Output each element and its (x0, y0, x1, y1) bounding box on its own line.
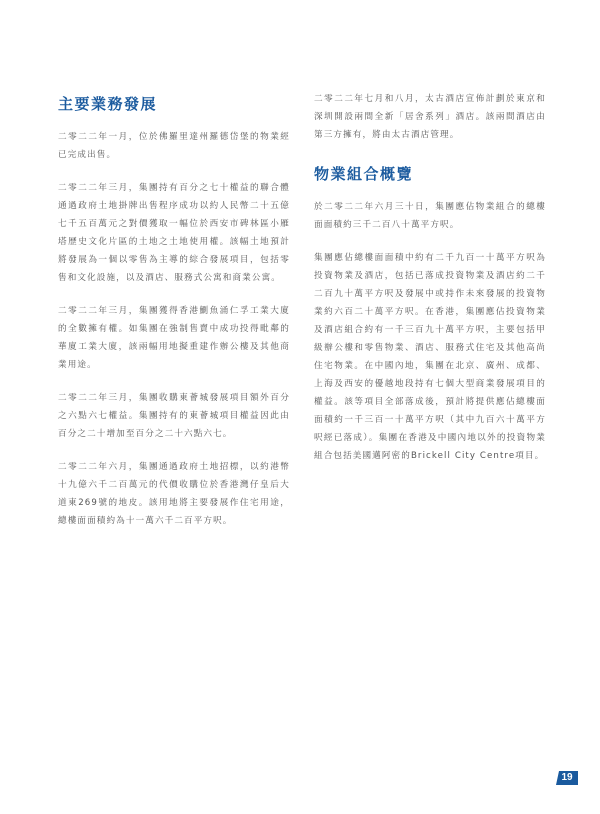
section-heading-portfolio-overview: 物業組合概覽 (314, 164, 546, 184)
paragraph: 集團應佔總樓面面積中約有二千九百一十萬平方呎為投資物業及酒店，包括已落成投資物業… (314, 249, 546, 465)
right-column: 二零二二年七月和八月，太古酒店宣佈計劃於東京和深圳開設兩間全新「居舍系列」酒店。… (314, 90, 546, 480)
page-number: 19 (556, 771, 578, 785)
paragraph: 二零二二年一月，位於佛羅里達州羅德岱堡的物業經已完成出售。 (58, 128, 290, 164)
paragraph: 二零二二年七月和八月，太古酒店宣佈計劃於東京和深圳開設兩間全新「居舍系列」酒店。… (314, 90, 546, 144)
paragraph: 於二零二二年六月三十日，集團應佔物業組合的總樓面面積約三千二百八十萬平方呎。 (314, 198, 546, 234)
paragraph: 二零二二年三月，集團收購東薈城發展項目額外百分之六點六七權益。集團持有的東薈城項… (58, 389, 290, 443)
paragraph: 二零二二年六月，集團通過政府土地招標，以約港幣十九億六千二百萬元的代價收購位於香… (58, 458, 290, 530)
left-column: 主要業務發展 二零二二年一月，位於佛羅里達州羅德岱堡的物業經已完成出售。 二零二… (58, 90, 290, 545)
section-heading-business-developments: 主要業務發展 (58, 94, 290, 114)
paragraph: 二零二二年三月，集團持有百分之七十權益的聯合體通過政府土地掛牌出售程序成功以約人… (58, 179, 290, 287)
paragraph: 二零二二年三月，集團獲得香港鰂魚涌仁孚工業大廈的全數擁有權。如集團在強制售賣中成… (58, 302, 290, 374)
